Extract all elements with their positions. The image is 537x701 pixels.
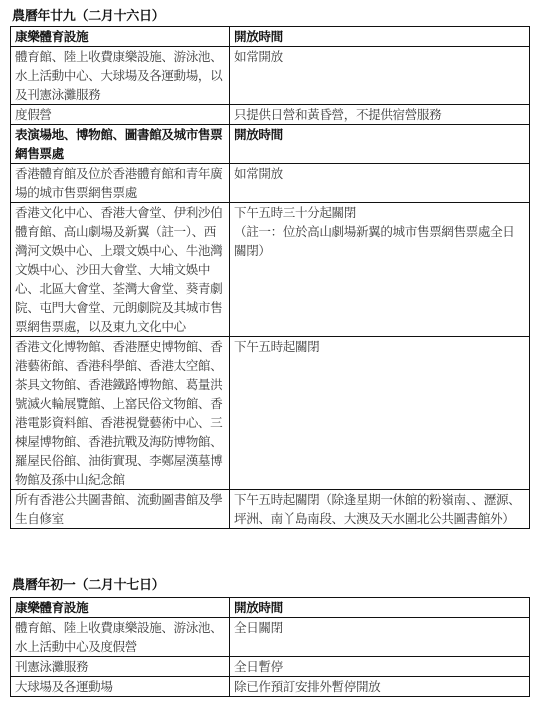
table-row: 香港文化博物館、香港歷史博物館、香港藝術館、香港科學館、香港太空館、茶具文物館、… [11,337,530,490]
table-header-row: 康樂體育設施 開放時間 [11,27,530,47]
opening-hours-table-lunar-29: 康樂體育設施 開放時間 體育館、陸上收費康樂設施、游泳池、水上活動中心、大球場及… [10,26,530,529]
column-header-venue: 康樂體育設施 [11,598,230,618]
table-row: 體育館、陸上收費康樂設施、游泳池、水上活動中心及度假營 全日關閉 [11,618,530,657]
section-title-lunar-29: 農曆年廿九（二月十六日） [12,9,164,25]
hours-text: 下午五時三十分起關閉 [234,203,526,222]
venue-cell: 香港文化博物館、香港歷史博物館、香港藝術館、香港科學館、香港太空館、茶具文物館、… [11,337,230,490]
column-header-hours: 開放時間 [230,125,530,164]
venue-cell: 體育館、陸上收費康樂設施、游泳池、水上活動中心及度假營 [11,618,230,657]
table-row: 所有香港公共圖書館、流動圖書館及學生自修室 下午五時起關閉（除逢星期一休館的粉嶺… [11,490,530,529]
table-row: 度假營 只提供日營和黃昏營，不提供宿營服務 [11,105,530,125]
hours-cell: 下午五時起關閉（除逢星期一休館的粉嶺南、、瀝源、坪洲、南丫島南段、大澳及天水圍北… [230,490,530,529]
hours-cell: 全日暫停 [230,657,530,677]
hours-cell: 下午五時起關閉 [230,337,530,490]
hours-cell: 只提供日營和黃昏營，不提供宿營服務 [230,105,530,125]
hours-cell: 除已作預訂安排外暫停開放 [230,677,530,697]
section-title-lunar-new-year-day: 農曆年初一（二月十七日） [12,578,164,594]
venue-cell: 所有香港公共圖書館、流動圖書館及學生自修室 [11,490,230,529]
hours-cell: 如常開放 [230,164,530,203]
venue-cell: 香港體育館及位於香港體育館和青年廣場的城市售票網售票處 [11,164,230,203]
column-header-venue: 表演場地、博物館、圖書館及城市售票網售票處 [11,125,230,164]
venue-cell: 度假營 [11,105,230,125]
venue-cell: 香港文化中心、香港大會堂、伊利沙伯體育館、高山劇場及新翼（註一）、西灣河文娛中心… [11,203,230,337]
venue-cell: 刊憲泳灘服務 [11,657,230,677]
table-subheader-row: 表演場地、博物館、圖書館及城市售票網售票處 開放時間 [11,125,530,164]
hours-cell: 如常開放 [230,47,530,105]
column-header-hours: 開放時間 [230,598,530,618]
hours-cell: 下午五時三十分起關閉 （註一：位於高山劇場新翼的城市售票網售票處全日關閉） [230,203,530,337]
opening-hours-table-new-year-day: 康樂體育設施 開放時間 體育館、陸上收費康樂設施、游泳池、水上活動中心及度假營 … [10,597,530,697]
venue-cell: 大球場及各運動場 [11,677,230,697]
hours-cell: 全日關閉 [230,618,530,657]
column-header-hours: 開放時間 [230,27,530,47]
table-row: 大球場及各運動場 除已作預訂安排外暫停開放 [11,677,530,697]
footnote-text: （註一：位於高山劇場新翼的城市售票網售票處全日關閉） [234,222,526,260]
table-header-row: 康樂體育設施 開放時間 [11,598,530,618]
table-row: 香港文化中心、香港大會堂、伊利沙伯體育館、高山劇場及新翼（註一）、西灣河文娛中心… [11,203,530,337]
table-row: 刊憲泳灘服務 全日暫停 [11,657,530,677]
column-header-venue: 康樂體育設施 [11,27,230,47]
table-row: 香港體育館及位於香港體育館和青年廣場的城市售票網售票處 如常開放 [11,164,530,203]
venue-cell: 體育館、陸上收費康樂設施、游泳池、水上活動中心、大球場及各運動場，以及刊憲泳灘服… [11,47,230,105]
table-row: 體育館、陸上收費康樂設施、游泳池、水上活動中心、大球場及各運動場，以及刊憲泳灘服… [11,47,530,105]
